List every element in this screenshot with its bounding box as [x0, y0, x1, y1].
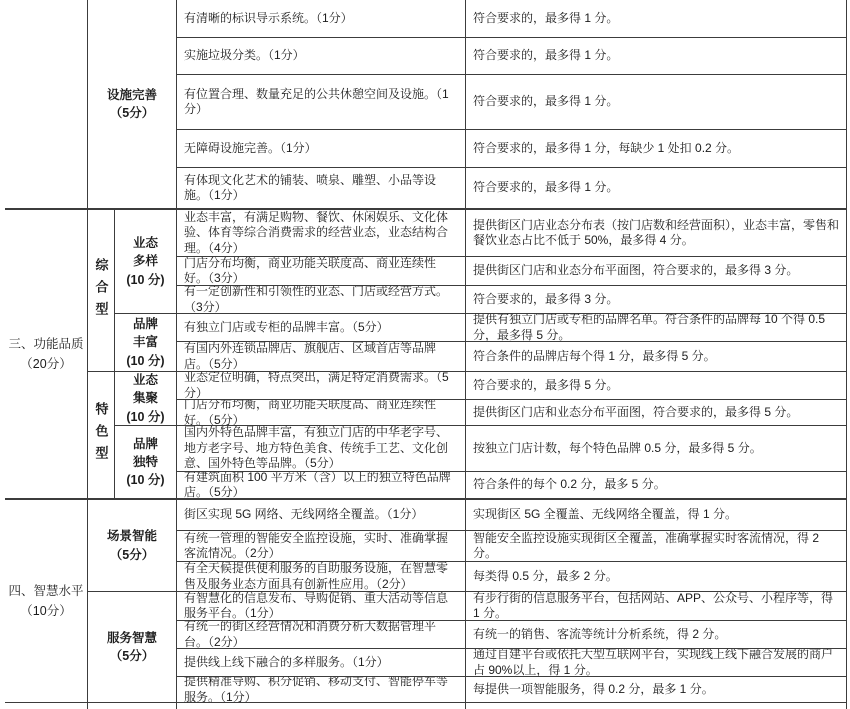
- scoring-cell: 智能安全监控设施实现街区全覆盖，准确掌握实时客流情况，得 2 分。: [466, 531, 847, 562]
- category-title: 三、功能品质: [8, 334, 83, 354]
- scoring-cell: 符合要求的，最多得 1 分。: [466, 0, 847, 38]
- partial-row-cell: [5, 703, 88, 709]
- criteria-cell: 街区实现 5G 网络、无线网络全覆盖。（1分）: [177, 500, 466, 531]
- type-label: 综合型: [92, 258, 111, 324]
- scoring-cell: 每提供一项智能服务，得 0.2 分，最多 1 分。: [466, 677, 847, 703]
- criteria-cell: 门店分布均衡，商业功能关联度高、商业连续性好。（3分）: [177, 257, 466, 286]
- criteria-cell: 有统一的街区经营情况和消费分析大数据管理平台。（2分）: [177, 621, 466, 649]
- scoring-cell: 符合要求的，最多得 1 分，每缺少 1 处扣 0.2 分。: [466, 130, 847, 168]
- indicator-score: （5分）: [110, 104, 154, 122]
- scoring-cell: 符合要求的，最多得 3 分。: [466, 286, 847, 314]
- criteria-cell: 有国内外连锁品牌店、旗舰店、区域首店等品牌店。（5分）: [177, 342, 466, 372]
- scoring-cell: 每类得 0.5 分，最多 2 分。: [466, 562, 847, 592]
- category-cell-function-quality: 三、功能品质 （20分）: [5, 210, 88, 500]
- scoring-cell: 提供街区门店和业态分布平面图，符合要求的，最多得 5 分。: [466, 400, 847, 426]
- scoring-cell: 提供街区门店和业态分布平面图，符合要求的，最多得 3 分。: [466, 257, 847, 286]
- indicator-cell-scene-intelligence: 场景智能 （5分）: [88, 500, 177, 592]
- criteria-cell: 有统一管理的智能安全监控设施，实时、准确掌握客流情况。（2分）: [177, 531, 466, 562]
- category-title: 四、智慧水平: [8, 581, 83, 601]
- subindicator-cell-brand-richness: 品牌 丰富 (10 分): [115, 314, 177, 372]
- scoring-cell: 符合条件的品牌店每个得 1 分，最多得 5 分。: [466, 342, 847, 372]
- indicator-cell-service-wisdom: 服务智慧 （5分）: [88, 592, 177, 703]
- category-cell-empty: [5, 0, 88, 210]
- criteria-cell: 门店分布均衡，商业功能关联度高、商业连续性好。（5分）: [177, 400, 466, 426]
- scoring-cell: 有步行街的信息服务平台，包括网站、APP、公众号、小程序等，得 1 分。: [466, 592, 847, 621]
- criteria-cell: 有智慧化的信息发布、导购促销、重大活动等信息服务平台。（1分）: [177, 592, 466, 621]
- partial-row-cell: [177, 703, 466, 709]
- scoring-cell: 有统一的销售、客流等统计分析系统，得 2 分。: [466, 621, 847, 649]
- type-cell-comprehensive: 综合型: [88, 210, 115, 372]
- criteria-cell: 有一定创新性和引领性的业态、门店或经营方式。（3分）: [177, 286, 466, 314]
- scoring-cell: 符合要求的，最多得 1 分。: [466, 168, 847, 210]
- scoring-cell: 实现街区 5G 全覆盖、无线网络全覆盖，得 1 分。: [466, 500, 847, 531]
- criteria-cell: 有清晰的标识导示系统。（1分）: [177, 0, 466, 38]
- type-cell-characteristic: 特色型: [88, 372, 115, 500]
- category-score: （20分）: [20, 354, 71, 374]
- scoring-cell: 按独立门店计数，每个特色品牌 0.5 分，最多得 5 分。: [466, 426, 847, 472]
- scoring-rubric-table: 设施完善 （5分） 有清晰的标识导示系统。（1分） 符合要求的，最多得 1 分。…: [0, 0, 850, 709]
- scoring-cell: 提供有独立门店或专柜的品牌名单。符合条件的品牌每 10 个得 0.5 分，最多得…: [466, 314, 847, 342]
- criteria-cell: 有建筑面积 100 平方米（含）以上的独立特色品牌店。（5分）: [177, 472, 466, 500]
- subindicator-cell-business-variety: 业态 多样 (10 分): [115, 210, 177, 314]
- scoring-cell: 符合条件的每个 0.2 分，最多 5 分。: [466, 472, 847, 500]
- subindicator-cell-business-cluster: 业态 集聚 (10 分): [115, 372, 177, 426]
- subindicator-cell-brand-unique: 品牌 独特 (10 分): [115, 426, 177, 500]
- scoring-cell: 提供街区门店业态分布表（按门店数和经营面积），业态丰富，零售和餐饮业态占比不低于…: [466, 210, 847, 257]
- scoring-cell: 通过自建平台或依托大型互联网平台，实现线上线下融合发展的商户占 90%以上，得 …: [466, 649, 847, 677]
- category-cell-smart-level: 四、智慧水平 （10分）: [5, 500, 88, 703]
- criteria-cell: 提供线上线下融合的多样服务。（1分）: [177, 649, 466, 677]
- criteria-cell: 有全天候提供便利服务的自助服务设施，在智慧零售及服务业态方面具有创新性应用。（2…: [177, 562, 466, 592]
- partial-row-cell: [88, 703, 177, 709]
- category-score: （10分）: [20, 601, 71, 621]
- criteria-cell: 有位置合理、数量充足的公共休憩空间及设施。（1分）: [177, 75, 466, 130]
- scoring-cell: 符合要求的，最多得 5 分。: [466, 372, 847, 400]
- criteria-cell: 国内外特色品牌丰富，有独立门店的中华老字号、地方老字号、地方特色美食、传统手工艺…: [177, 426, 466, 472]
- scoring-cell: 符合要求的，最多得 1 分。: [466, 38, 847, 75]
- criteria-cell: 无障碍设施完善。（1分）: [177, 130, 466, 168]
- scoring-cell: 符合要求的，最多得 1 分。: [466, 75, 847, 130]
- indicator-label: 设施完善: [107, 86, 157, 104]
- partial-row-cell: [466, 703, 847, 709]
- criteria-cell: 业态定位明确，特点突出，满足特定消费需求。（5分）: [177, 372, 466, 400]
- criteria-cell: 提供精准导购、积分促销、移动支付、智能停车等服务。（1分）: [177, 677, 466, 703]
- criteria-cell: 有体现文化艺术的铺装、喷泉、雕塑、小品等设施。（1分）: [177, 168, 466, 210]
- criteria-cell: 业态丰富，有满足购物、餐饮、休闲娱乐、文化体验、体育等综合消费需求的经营业态，业…: [177, 210, 466, 257]
- criteria-cell: 有独立门店或专柜的品牌丰富。（5分）: [177, 314, 466, 342]
- indicator-cell-facilities: 设施完善 （5分）: [88, 0, 177, 210]
- type-label: 特色型: [92, 402, 111, 468]
- criteria-cell: 实施垃圾分类。（1分）: [177, 38, 466, 75]
